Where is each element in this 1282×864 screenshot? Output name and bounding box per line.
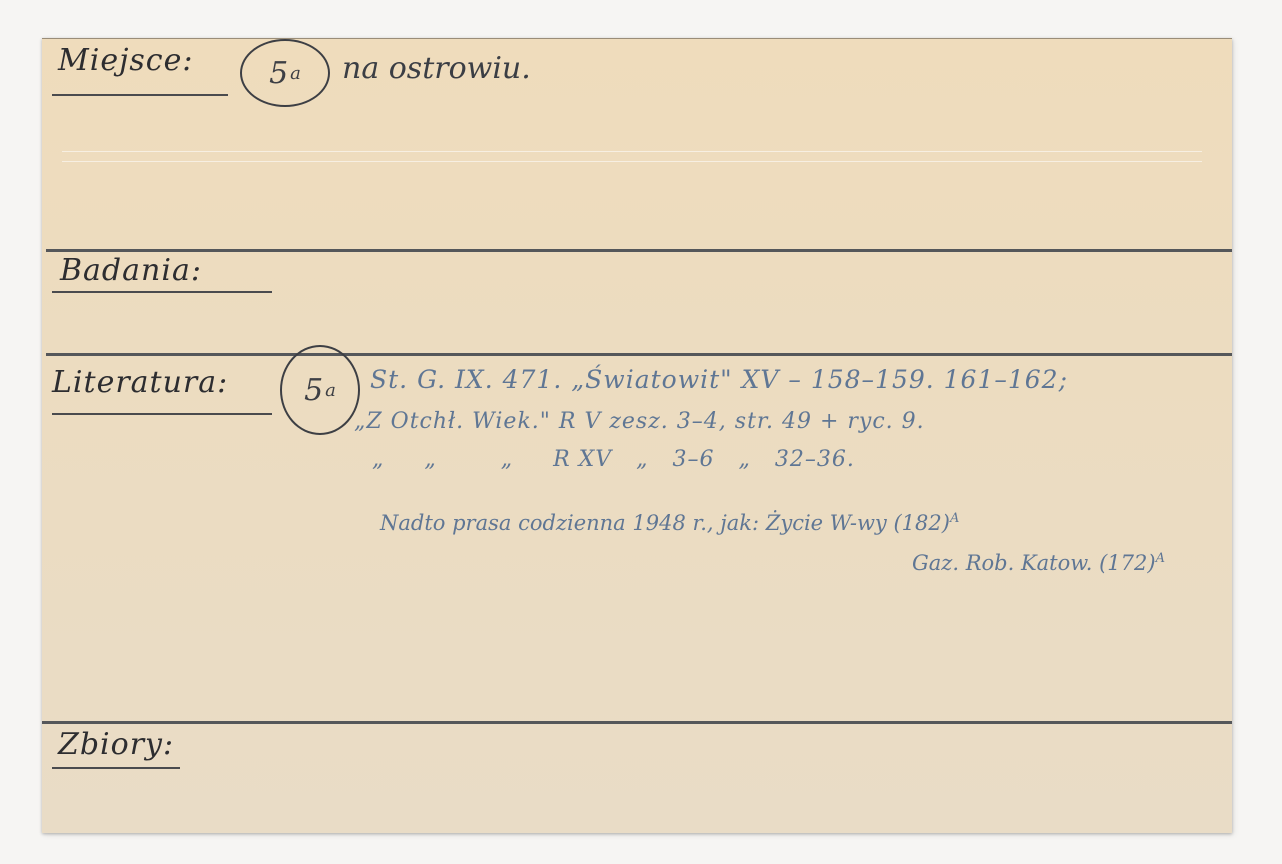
miejsce-label: Miejsce:: [58, 43, 193, 78]
note-superscript: A: [1156, 551, 1165, 566]
site-number-circle: 5a: [280, 345, 360, 435]
badania-label: Badania:: [60, 253, 202, 288]
literatura-underline: [52, 413, 272, 415]
section-rule-badania: [46, 249, 1232, 252]
section-rule-zbiory: [42, 721, 1232, 724]
catalog-card: Miejsce: 5a na ostrowiu. Badania: Litera…: [42, 38, 1232, 833]
site-suffix: a: [325, 380, 336, 401]
literature-line-1: St. G. IX. 471. „Światowit" XV – 158–159…: [370, 365, 1068, 394]
literature-note-line-2: Gaz. Rob. Katow. (172)A: [912, 551, 1165, 575]
site-number: 5: [269, 56, 288, 91]
literature-note-line-1: Nadto prasa codzienna 1948 r., jak: Życi…: [380, 511, 959, 535]
miejsce-underline: [52, 94, 228, 96]
zbiory-label: Zbiory:: [58, 727, 174, 762]
literature-line-2: „Z Otchł. Wiek." R V zesz. 3–4, str. 49 …: [354, 409, 925, 434]
site-number-circle: 5a: [240, 39, 330, 107]
note-text: Nadto prasa codzienna 1948 r., jak: Życi…: [380, 511, 950, 535]
literature-line-3: „ „ „ R XV „ 3–6 „ 32–36.: [372, 447, 855, 472]
site-suffix: a: [290, 63, 301, 84]
literatura-label: Literatura:: [52, 365, 228, 400]
faint-rule: [62, 151, 1202, 152]
note-superscript: A: [950, 511, 959, 526]
faint-rule: [62, 161, 1202, 162]
badania-underline: [52, 291, 272, 293]
section-rule-literatura: [46, 353, 1232, 356]
site-number: 5: [304, 373, 323, 408]
zbiory-underline: [52, 767, 180, 769]
miejsce-value: na ostrowiu.: [342, 51, 531, 86]
note-text: Gaz. Rob. Katow. (172): [912, 551, 1156, 575]
